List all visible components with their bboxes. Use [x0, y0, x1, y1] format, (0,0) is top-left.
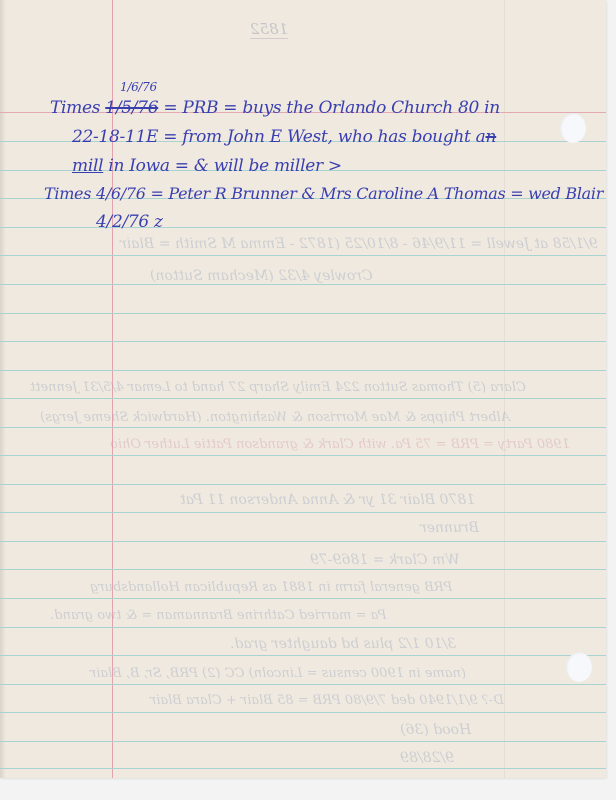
ruled-line [0, 227, 606, 228]
ruled-line [0, 284, 606, 285]
bleed-text: 9/28/89 [400, 750, 454, 766]
ruled-line [0, 655, 606, 656]
struck-date: 1/5/76 [105, 98, 158, 118]
bleed-text: 9/1/58 at Jewell = 11/9/46 - 8/10/25 (18… [120, 236, 598, 252]
bleed-text: Wm Clark = 1869-79 [310, 552, 460, 568]
bleed-text: PRB general farm in 1881 as Republican H… [90, 580, 452, 595]
note-line-3: mill in Iowa = & will be miller > [72, 156, 342, 176]
ruled-line [0, 427, 606, 428]
ruled-line [0, 627, 606, 628]
ruled-line [0, 370, 606, 371]
note-text: 22-18-11E = from John E West, who has bo… [72, 127, 486, 147]
bleed-text: Clara (5) Thomas Sutton 224 Emily Sharp … [30, 380, 526, 395]
ruled-line [0, 512, 606, 513]
ruled-line [0, 541, 606, 542]
note-line-5: 4/2/76 z [96, 212, 163, 232]
ruled-line [0, 341, 606, 342]
bleed-text: Brunner [420, 520, 479, 536]
bleed-text: Pa = married Cathrine Brannaman = & two … [50, 608, 387, 623]
date-superscript: 1/6/76 [120, 80, 157, 94]
bleed-text: (name in 1900 census = Lincoln) CC (2) P… [90, 666, 466, 681]
ruled-line [0, 313, 606, 314]
ruled-line [0, 455, 606, 456]
source-label: Times [50, 98, 100, 118]
punch-hole-top [560, 113, 586, 143]
bleed-text: 1870 Blair 31 yr & Anna Anderson 11 Pat [180, 492, 475, 508]
source-label: Times [44, 184, 91, 203]
notebook-page: 1852 9/1/58 at Jewell = 11/9/46 - 8/10/2… [0, 0, 606, 778]
punch-hole-bottom [566, 652, 592, 682]
ruled-line [0, 712, 606, 713]
note-text: 4/6/76 = Peter R Brunner & Mrs Caroline … [96, 184, 603, 203]
page-number-bleed: 1852 [250, 20, 288, 39]
note-line-2: 22-18-11E = from John E West, who has bo… [72, 127, 496, 147]
note-line-1: Times 1/5/76 = PRB = buys the Orlando Ch… [50, 98, 500, 118]
note-text: = PRB = buys the Orlando Church 80 in [163, 98, 500, 118]
ruled-line [0, 598, 606, 599]
struck-text: n [486, 127, 497, 147]
ruled-line [0, 741, 606, 742]
note-line-4: Times 4/6/76 = Peter R Brunner & Mrs Car… [44, 184, 603, 203]
ruled-line [0, 484, 606, 485]
ruled-line [0, 255, 606, 256]
ruled-line [0, 768, 606, 769]
bleed-text: 3/10 1/2 plus bd daughter grad. [230, 636, 456, 652]
bleed-text: Albert Phipps & Mae Morrison & Washingto… [40, 410, 510, 425]
ruled-line [0, 684, 606, 685]
bleed-text: D-? 9/1/1940 ded 7/9/80 PRB = 85 Blair +… [150, 693, 504, 708]
bleed-text: Crowley 4/32 (Mecham Sutton) [150, 268, 373, 284]
ruled-line [0, 398, 606, 399]
bleed-text: Hood (36) [400, 722, 471, 738]
ruled-line [0, 569, 606, 570]
underlined-word: mill [72, 156, 103, 176]
bleed-text: 1980 Party = PRB = 75 Pa. with Clark & g… [110, 437, 570, 452]
note-text: in Iowa = & will be miller > [108, 156, 342, 176]
